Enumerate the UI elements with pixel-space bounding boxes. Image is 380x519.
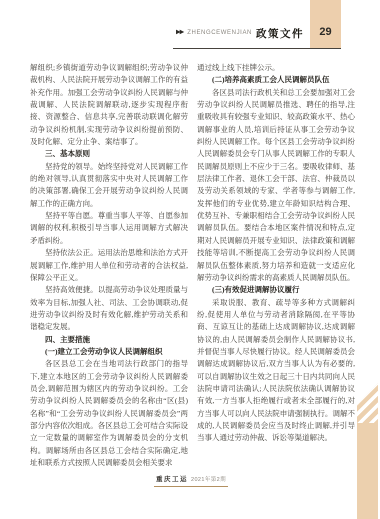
paragraph: 各区县司法行政机关和总工会要加强对工会劳动争议纠纷人民调解员推选、聘任的指导,注…	[197, 87, 355, 285]
paragraph: 各区县总工会在当地司法行政部门的指导下,建立本地区的工会劳动争议纠纷人民调解委员…	[30, 358, 188, 469]
paragraph: 坚持平等自愿。尊重当事人平等、自愿参加调解的权利,积极引导当事人运用调解方式解决…	[30, 210, 188, 247]
text-column-right: 通过线上线下挂牌公示。 (二)培养高素质工会人民调解员队伍 各区县司法行政机关和…	[197, 62, 355, 472]
page-number: 29	[319, 26, 331, 38]
paragraph: 采取说服、教育、疏导等多种方式调解纠纷,促使用人单位与劳动者消除隔阂,在平等协商…	[197, 297, 355, 445]
section-title: 政策文件	[256, 26, 304, 41]
header-rule-line	[173, 48, 341, 49]
magazine-page: ▶▶ ZHENGCEWENJIAN 政策文件 29 解组织;乡镇街道劳动争议调解…	[0, 0, 380, 519]
subsection-heading-3: (三)有效促进调解协议履行	[197, 284, 355, 296]
subsection-heading-1: (一)建立工会劳动争议人民调解组织	[30, 346, 188, 358]
journal-name: 重庆工运	[156, 474, 188, 483]
paragraph: 坚持党的领导。始终坚持党对人民调解工作的绝对领导,认真贯彻落实中央对人民调解工作…	[30, 161, 188, 210]
section-pinyin-label: ZHENGCEWENJIAN	[187, 30, 252, 36]
page-number-box: 29	[310, 0, 341, 48]
double-arrow-icon: ▶▶	[176, 30, 183, 36]
corner-ribbon-decoration	[357, 383, 378, 519]
section-heading-3: 三、基本原则	[30, 148, 188, 160]
issue-label: 2021年第2期	[191, 475, 226, 483]
paragraph-continuation: 通过线上线下挂牌公示。	[197, 62, 355, 74]
page-footer: 重庆工运 2021年第2期	[154, 474, 228, 487]
text-column-left: 解组织;乡镇街道劳动争议调解组织;劳动争议仲裁机构、人民法院开展劳动争议调解工作…	[30, 62, 188, 472]
page-header: ▶▶ ZHENGCEWENJIAN 政策文件	[176, 0, 304, 48]
paragraph: 坚持高效便捷。以提高劳动争议处理质量与效率为目标,加强人社、司法、工会协调联动,…	[30, 284, 188, 333]
section-heading-4: 四、主要措施	[30, 334, 188, 346]
subsection-heading-2: (二)培养高素质工会人民调解员队伍	[197, 74, 355, 86]
paragraph-continuation: 解组织;乡镇街道劳动争议调解组织;劳动争议仲裁机构、人民法院开展劳动争议调解工作…	[30, 62, 188, 148]
paragraph: 坚持依法公正。运用法治思维和法治方式开展调解工作,维护用人单位和劳动者的合法权益…	[30, 247, 188, 284]
